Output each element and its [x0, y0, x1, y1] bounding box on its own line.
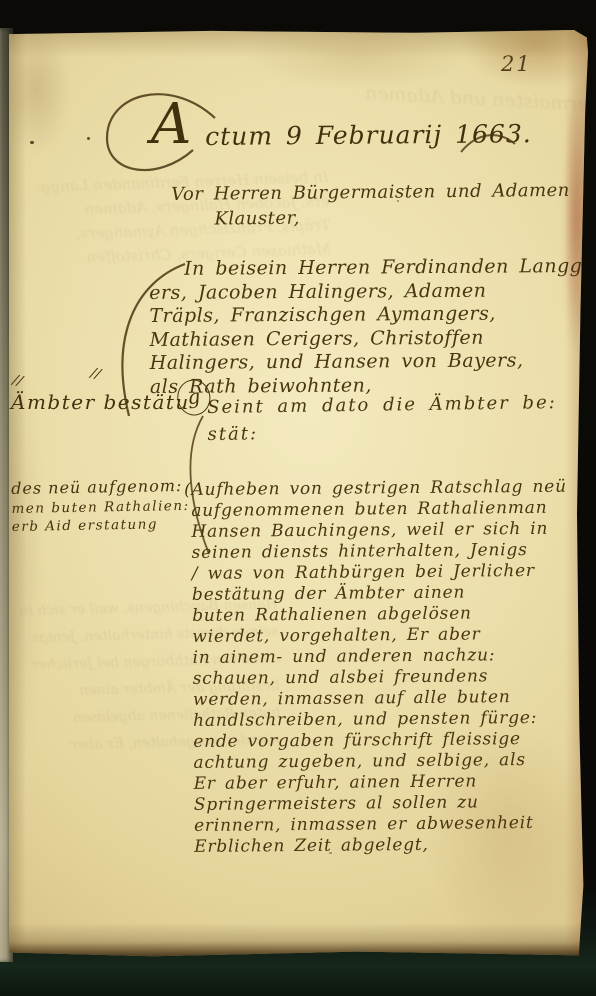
entry-main-text: (Aufheben von gestrigen Ratschlag neü au… — [184, 477, 570, 858]
entry-line: / was von Rathbürgen bei Jerlicher — [185, 561, 568, 585]
manuscript-page: In beisein Herren Ferdinanden Langg: ers… — [9, 30, 588, 960]
manuscript-scan: { "manuscript": { "page_number": "21", "… — [0, 0, 596, 996]
ink-speck — [30, 141, 34, 144]
entry-line: Erblichen Zeit abgelegt, — [187, 834, 570, 858]
ink-speck — [87, 137, 90, 140]
margin-ditto-mark: ∕∕ — [11, 372, 24, 390]
page-bottom-edge — [9, 942, 588, 960]
entry-confirmation-text: Seint am dato die Ämbter be: stät: — [207, 389, 557, 448]
record-date-heading: ctum 9 Februarij 1663. — [205, 119, 532, 151]
salutation-line: Klauster, — [171, 203, 570, 232]
entry-line: stät: — [207, 416, 557, 448]
entry-line: Seint am dato die Ämbter be: — [207, 389, 557, 421]
salutation-paragraph: Vor Herren Bürgermaisten und Adamen Klau… — [171, 178, 570, 232]
margin-note-line: men buten Rathalien: — [11, 498, 189, 517]
presence-line: Mathiasen Cerigers, Christoffen — [149, 325, 589, 352]
stain — [1, 24, 71, 154]
presence-line: In beisein Herren Ferdinanden Langg: — [149, 255, 589, 282]
presence-line: Halingers, und Hansen von Bayers, — [150, 349, 590, 376]
presence-line: ers, Jacoben Halingers, Adamen — [149, 278, 589, 305]
stain — [249, 24, 469, 88]
margin-note-line: des neü aufgenom: — [11, 476, 189, 498]
margin-note-ambter-bestaetigung: Ämbter bestätu — [11, 390, 190, 414]
salutation-line: Vor Herren Bürgermaisten und Adamen — [171, 178, 570, 207]
margin-note-line: erb Aid erstatung — [12, 516, 190, 535]
presence-line: Träpls, Franzischgen Aymangers, — [149, 302, 589, 329]
entry-line: erinnern, inmassen er abwesenheit — [187, 813, 570, 837]
margin-ditto-mark: ∕∕ — [89, 365, 102, 383]
entry-line: achtung zugeben, und selbige, als — [186, 750, 569, 774]
margin-note-neu-aufgenommen: des neü aufgenom: men buten Rathalien: e… — [11, 476, 190, 535]
heading-initial: A — [151, 92, 191, 157]
presence-paragraph: In beisein Herren Ferdinanden Langg: ers… — [149, 255, 590, 399]
page-number: 21 — [501, 52, 532, 76]
